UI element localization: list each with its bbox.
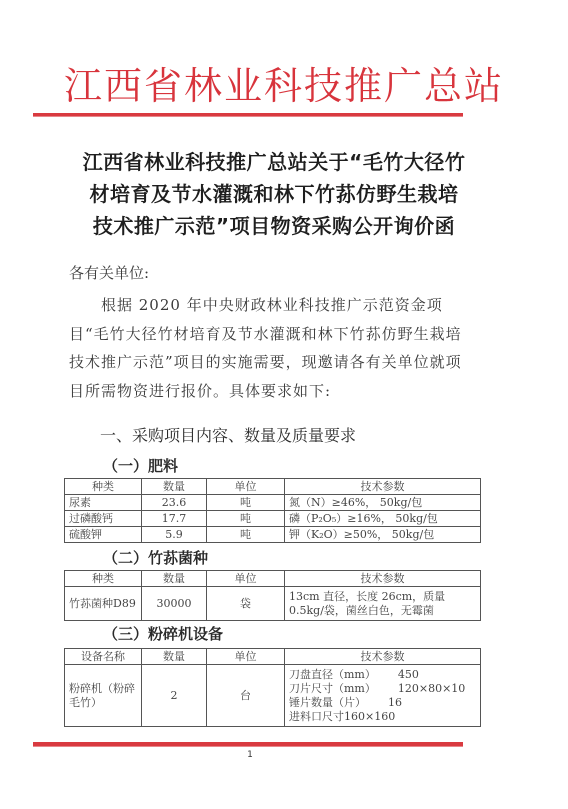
cell-qty: 5.9 [142,527,207,543]
header-unit: 单位 [207,479,285,495]
table-row: 竹荪菌种D89 30000 袋 13cm 直径，长度 26cm，质量 0.5kg… [65,587,481,621]
spec-line: 锤片数量（片）16 [289,696,476,710]
spec-value: 120×80×10 [398,682,465,696]
header-type: 种类 [65,479,142,495]
spec-line: 刀盘直径（mm）450 [289,668,476,682]
cell-spec: 磷（P₂O₅）≥16%， 50kg/包 [285,511,481,527]
cell-unit: 台 [207,665,285,727]
table-row: 粉碎机（粉碎毛竹） 2 台 刀盘直径（mm）450 刀片尺寸（mm）120×80… [65,665,481,727]
header-qty: 数量 [142,479,207,495]
cell-spec: 刀盘直径（mm）450 刀片尺寸（mm）120×80×10 锤片数量（片）16 … [285,665,481,727]
spec-line: 进料口尺寸160×160 [289,710,476,724]
cell-qty: 2 [142,665,207,727]
letterhead-title: 江西省林业科技推广总站 [0,64,568,108]
section-heading: 一、采购项目内容、数量及质量要求 [100,423,356,446]
header-spec: 技术参数 [285,571,481,587]
cell-spec: 钾（K₂O）≥50%， 50kg/包 [285,527,481,543]
table-header-row: 设备名称 数量 单位 技术参数 [65,649,481,665]
header-unit: 单位 [207,571,285,587]
fertilizer-heading: （一）肥料 [103,455,178,476]
header-qty: 数量 [142,649,207,665]
cell-type: 竹荪菌种D89 [65,587,142,621]
cell-type: 硫酸钾 [65,527,142,543]
cell-type: 尿素 [65,495,142,511]
cell-spec: 13cm 直径，长度 26cm，质量 0.5kg/袋，菌丝白色，无霉菌 [285,587,481,621]
cell-type: 粉碎机（粉碎毛竹） [65,665,142,727]
header-unit: 单位 [207,649,285,665]
title-line-3: 技术推广示范”项目物资采购公开询价函 [64,210,484,242]
header-type: 种类 [65,571,142,587]
cell-unit: 吨 [207,495,285,511]
table-header-row: 种类 数量 单位 技术参数 [65,479,481,495]
spec-value: 16 [388,696,402,710]
fungus-table: 种类 数量 单位 技术参数 竹荪菌种D89 30000 袋 13cm 直径，长度… [64,570,481,621]
cell-unit: 吨 [207,511,285,527]
spec-label: 刀盘直径（mm） [289,668,376,681]
table-row: 过磷酸钙 17.7 吨 磷（P₂O₅）≥16%， 50kg/包 [65,511,481,527]
cell-type: 过磷酸钙 [65,511,142,527]
spec-label: 进料口尺寸 [289,710,344,723]
crusher-heading: （三）粉碎机设备 [103,623,223,644]
cell-spec: 氮（N）≥46%， 50kg/包 [285,495,481,511]
spec-line: 刀片尺寸（mm）120×80×10 [289,682,476,696]
table-row: 尿素 23.6 吨 氮（N）≥46%， 50kg/包 [65,495,481,511]
salutation: 各有关单位: [69,262,149,283]
header-qty: 数量 [142,571,207,587]
footer-red-rule [33,742,463,747]
table-row: 硫酸钾 5.9 吨 钾（K₂O）≥50%， 50kg/包 [65,527,481,543]
table-header-row: 种类 数量 单位 技术参数 [65,571,481,587]
spec-label: 锤片数量（片） [289,696,366,709]
title-line-2: 材培育及节水灌溉和林下竹荪仿野生栽培 [64,178,484,210]
cell-qty: 23.6 [142,495,207,511]
cell-qty: 17.7 [142,511,207,527]
title-line-1: 江西省林业科技推广总站关于“毛竹大径竹 [64,146,484,178]
fungus-heading: （二）竹荪菌种 [103,547,208,568]
header-spec: 技术参数 [285,479,481,495]
document-title: 江西省林业科技推广总站关于“毛竹大径竹 材培育及节水灌溉和林下竹荪仿野生栽培 技… [64,146,484,242]
cell-unit: 袋 [207,587,285,621]
spec-label: 刀片尺寸（mm） [289,682,376,695]
cell-unit: 吨 [207,527,285,543]
fertilizer-table: 种类 数量 单位 技术参数 尿素 23.6 吨 氮（N）≥46%， 50kg/包… [64,478,481,543]
header-spec: 技术参数 [285,649,481,665]
spec-value: 450 [398,668,419,682]
spec-value: 160×160 [344,710,395,723]
crusher-table: 设备名称 数量 单位 技术参数 粉碎机（粉碎毛竹） 2 台 刀盘直径（mm）45… [64,648,481,727]
body-paragraph: 根据 2020 年中央财政林业科技推广示范资金项目“毛竹大径竹材培育及节水灌溉和… [69,291,464,405]
cell-qty: 30000 [142,587,207,621]
header-name: 设备名称 [65,649,142,665]
letterhead-red-rule [33,113,463,117]
page-number: 1 [0,750,500,760]
